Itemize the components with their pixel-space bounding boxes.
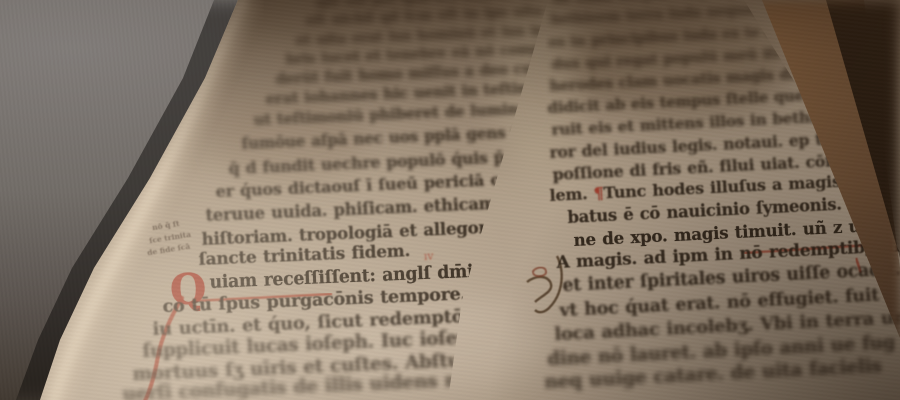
rubric-mark: ¶ xyxy=(593,184,604,203)
manuscript-photo-scene: ıv qm oīa per ipm fca ſunt et ſine ipo f… xyxy=(0,0,900,400)
